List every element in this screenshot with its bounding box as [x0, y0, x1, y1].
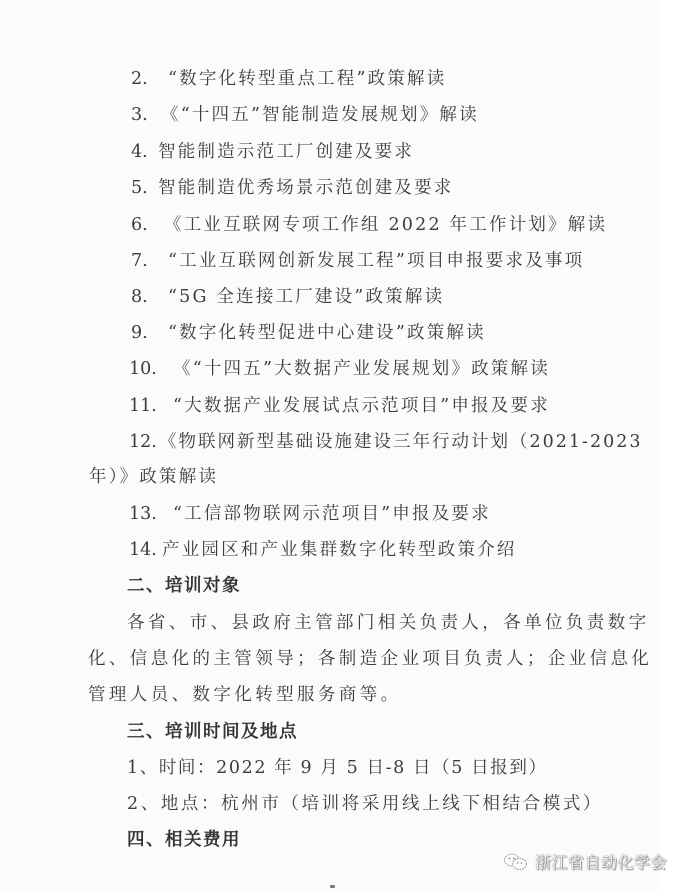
list-text: “大数据产业发展试点示范项目”申报及要求	[173, 396, 550, 416]
training-time: 1、时间：2022 年 9 月 5 日-8 日（5 日报到）	[127, 756, 548, 780]
list-text: 智能制造示范工厂创建及要求	[158, 142, 414, 162]
paragraph-line: 化、信息化的主管领导；各制造企业项目负责人；企业信息化	[88, 647, 652, 671]
list-item-14: 14.产业园区和产业集群数字化转型政策介绍	[129, 538, 517, 562]
list-number: 2.	[131, 67, 168, 91]
list-number: 10.	[129, 357, 173, 381]
section-heading-fees: 四、相关费用	[127, 828, 241, 852]
list-number: 6.	[131, 213, 164, 237]
list-item-10: 10.《“十四五”大数据产业发展规划》政策解读	[129, 357, 550, 381]
paragraph-line: 各省、市、县政府主管部门相关负责人，各单位负责数字	[127, 611, 650, 635]
watermark-text: 浙江省自动化学会	[535, 850, 667, 873]
list-item-5: 5.智能制造优秀场景示范创建及要求	[131, 176, 454, 200]
list-text: “工信部物联网示范项目”申报及要求	[173, 504, 491, 524]
list-item-11: 11.“大数据产业发展试点示范项目”申报及要求	[129, 394, 550, 418]
page-edge	[660, 0, 676, 890]
list-number: 8.	[131, 285, 168, 309]
list-item-12: 12.《物联网新型基础设施建设三年行动计划（2021-2023	[129, 430, 642, 454]
list-text: 产业园区和产业集群数字化转型政策介绍	[162, 540, 517, 560]
list-text: 《工业互联网专项工作组 2022 年工作计划》解读	[164, 215, 607, 235]
list-number: 12.	[129, 430, 159, 454]
list-item-8: 8.“5G 全连接工厂建设”政策解读	[131, 285, 444, 309]
list-text: 智能制造优秀场景示范创建及要求	[158, 178, 454, 198]
document-page: 2.“数字化转型重点工程”政策解读 3.《“十四五”智能制造发展规划》解读 4.…	[0, 0, 660, 890]
list-text: 《“十四五”大数据产业发展规划》政策解读	[173, 359, 550, 379]
list-number: 5.	[131, 176, 158, 200]
wechat-icon	[503, 852, 529, 872]
list-number: 3.	[131, 103, 161, 127]
list-item-9: 9.“数字化转型促进中心建设”政策解读	[131, 321, 486, 345]
list-text: 《“十四五”智能制造发展规划》解读	[161, 105, 479, 125]
section-heading-trainees: 二、培训对象	[127, 574, 241, 598]
list-text: “5G 全连接工厂建设”政策解读	[168, 287, 444, 307]
list-text: “数字化转型促进中心建设”政策解读	[168, 323, 486, 343]
list-item-7: 7.“工业互联网创新发展工程”项目申报要求及事项	[131, 249, 584, 273]
list-item-3: 3.《“十四五”智能制造发展规划》解读	[131, 103, 479, 127]
list-item-2: 2.“数字化转型重点工程”政策解读	[131, 67, 446, 91]
list-number: 11.	[129, 394, 173, 418]
section-heading-time-place: 三、培训时间及地点	[127, 720, 298, 744]
list-text: “数字化转型重点工程”政策解读	[168, 69, 446, 89]
list-number: 7.	[131, 249, 168, 273]
list-number: 13.	[129, 502, 173, 526]
list-number: 14.	[129, 538, 162, 562]
list-number: 9.	[131, 321, 168, 345]
list-text: “工业互联网创新发展工程”项目申报要求及事项	[168, 251, 584, 271]
list-item-6: 6.《工业互联网专项工作组 2022 年工作计划》解读	[131, 213, 607, 237]
page-number-fragment	[330, 885, 335, 888]
paragraph-line: 管理人员、数字化转型服务商等。	[88, 683, 402, 707]
list-item-13: 13.“工信部物联网示范项目”申报及要求	[129, 502, 491, 526]
list-item-4: 4.智能制造示范工厂创建及要求	[131, 140, 414, 164]
list-number: 4.	[131, 140, 158, 164]
training-place: 2、地点：杭州市（培训将采用线上线下相结合模式）	[127, 792, 603, 816]
list-item-12-continued: 年）》政策解读	[89, 465, 218, 489]
list-text: 《物联网新型基础设施建设三年行动计划（2021-2023	[159, 432, 642, 452]
wechat-watermark: 浙江省自动化学会	[503, 850, 667, 873]
list-text: 年）》政策解读	[89, 467, 218, 487]
